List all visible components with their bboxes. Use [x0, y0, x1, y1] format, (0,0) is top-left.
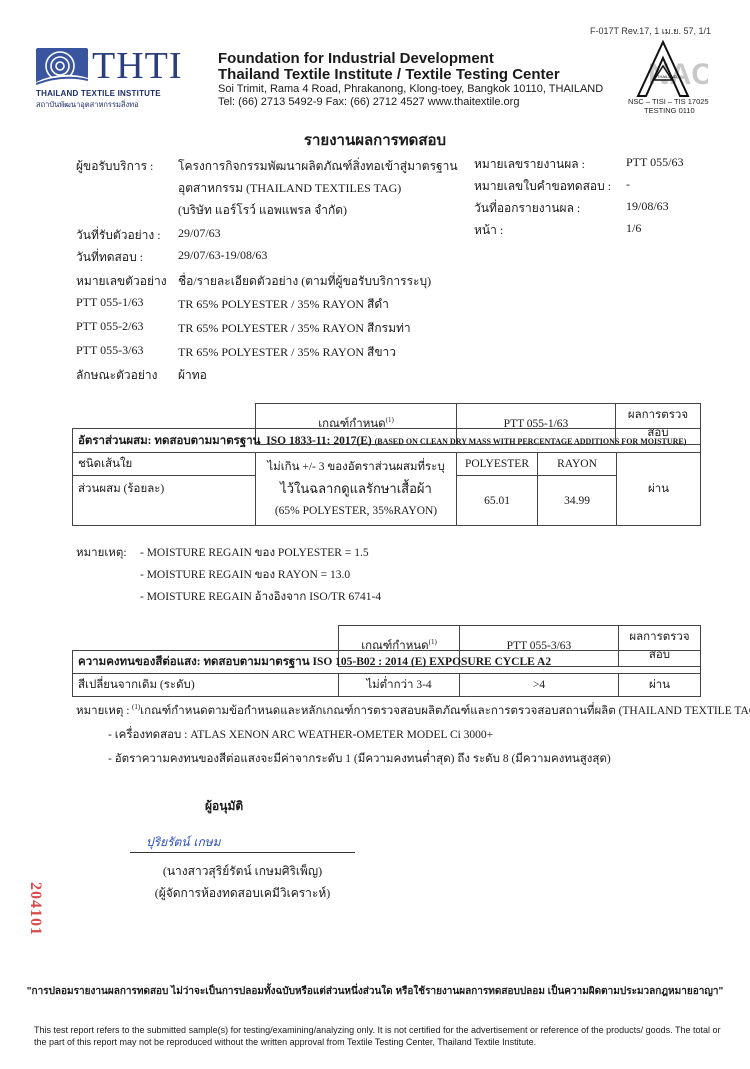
header-institute: Thailand Textile Institute / Textile Tes… [218, 66, 560, 83]
approver-position: (ผู้จัดการห้องทดสอบเคมีวิเคราะห์) [0, 884, 485, 903]
fiber-polyester: POLYESTER [457, 453, 538, 476]
accreditation-badge-text: THAILAND [657, 74, 677, 79]
sample-type-value: ผ้าทอ [178, 366, 207, 385]
page-value: 1/6 [626, 221, 641, 236]
rayon-value: 34.99 [538, 476, 617, 526]
issue-date-value: 19/08/63 [626, 199, 669, 214]
client-line1: โครงการกิจกรรมพัฒนาผลิตภัณฑ์สิ่งทอเข้าสู… [178, 157, 458, 176]
notes2-label: หมายเหตุ : [76, 702, 129, 720]
signature-line [130, 852, 355, 853]
thti-logo: THTI THAILAND TEXTILE INSTITUTE สถาบันพั… [36, 48, 171, 104]
sample-id: PTT 055-1/63 [76, 295, 143, 310]
result-pass: ผ่าน [619, 674, 701, 697]
sample-type-label: ลักษณะตัวอย่าง [76, 366, 157, 385]
sample-id: PTT 055-3/63 [76, 343, 143, 358]
logo-name-en: THAILAND TEXTILE INSTITUTE [36, 89, 161, 98]
request-number-value: - [626, 177, 630, 192]
sample-value: >4 [460, 674, 619, 697]
client-label: ผู้ขอรับบริการ : [76, 157, 153, 176]
spiral-logo-icon [36, 48, 88, 86]
report-number-value: PTT 055/63 [626, 155, 683, 170]
client-line3: (บริษัท แอร์โรว์ แอพแพรล จำกัด) [178, 201, 347, 220]
sample-desc: TR 65% POLYESTER / 35% RAYON สีขาว [178, 343, 396, 362]
sample-desc: TR 65% POLYESTER / 35% RAYON สีดำ [178, 295, 389, 314]
form-code: F-017T Rev.17, 1 เม.ย. 57, 1/1 [590, 24, 711, 38]
fiber-type-label: ชนิดเส้นใย [73, 453, 256, 476]
accreditation-logo-icon: NAC THAILAND [618, 40, 708, 102]
tested-label: วันที่ทดสอบ : [76, 248, 143, 267]
header-address: Soi Trimit, Rama 4 Road, Phrakanong, Klo… [218, 83, 603, 95]
logo-name-th: สถาบันพัฒนาอุตสาหกรรมสิ่งทอ [36, 99, 139, 111]
serial-stamp: 204101 [26, 882, 44, 936]
sample-desc-header: ชื่อ/รายละเอียดตัวอย่าง (ตามที่ผู้ขอรับบ… [178, 272, 431, 291]
disclaimer-english: This test report refers to the submitted… [34, 1024, 734, 1048]
method-row: ความคงทนของสีต่อแสง: ทดสอบตามมาตรฐาน ISO… [73, 651, 701, 674]
note-item: - MOISTURE REGAIN อ้างอิงจาก ISO/TR 6741… [140, 588, 381, 606]
notes1-label: หมายเหตุ: [76, 544, 127, 562]
header-foundation: Foundation for Industrial Development [218, 50, 494, 67]
criteria-cell: ไม่เกิน +/- 3 ของอัตราส่วนผสมที่ระบุ ไว้… [256, 453, 457, 526]
accreditation-code: NSC – TISI – TIS 17025 [628, 97, 709, 106]
received-label: วันที่รับตัวอย่าง : [76, 226, 161, 245]
report-number-label: หมายเลขรายงานผล : [474, 155, 585, 174]
polyester-value: 65.01 [457, 476, 538, 526]
note-line: (1)เกณฑ์กำหนดตามข้อกำหนดและหลักเกณฑ์การต… [132, 702, 750, 720]
note-item: - MOISTURE REGAIN ของ RAYON = 13.0 [140, 566, 350, 584]
logo-acronym: THTI [92, 44, 183, 88]
approver-label: ผู้อนุมัติ [205, 797, 243, 816]
note-line: - เครื่องทดสอบ : ATLAS XENON ARC WEATHER… [108, 726, 493, 744]
result-pass: ผ่าน [617, 453, 701, 526]
report-title: รายงานผลการทดสอบ [0, 128, 750, 152]
received-value: 29/07/63 [178, 226, 221, 241]
composition-label: ส่วนผสม (ร้อยละ) [73, 476, 256, 526]
fiber-rayon: RAYON [538, 453, 617, 476]
lightfastness-table: ความคงทนของสีต่อแสง: ทดสอบตามมาตรฐาน ISO… [72, 650, 701, 697]
request-number-label: หมายเลขใบคำขอทดสอบ : [474, 177, 611, 196]
signature: ปุริยรัตน์ เกษม [146, 833, 221, 852]
sample-id-header: หมายเลขตัวอย่าง [76, 272, 167, 291]
page-label: หน้า : [474, 221, 503, 240]
accreditation-testing: TESTING 0110 [644, 106, 695, 115]
sample-desc: TR 65% POLYESTER / 35% RAYON สีกรมท่า [178, 319, 411, 338]
fiber-composition-table: อัตราส่วนผสม: ทดสอบตามมาตรฐาน ISO 1833-1… [72, 428, 701, 526]
disclaimer-thai: "การปลอมรายงานผลการทดสอบ ไม่ว่าจะเป็นการ… [0, 984, 750, 999]
issue-date-label: วันที่ออกรายงานผล : [474, 199, 580, 218]
header-contact: Tel: (66) 2713 5492-9 Fax: (66) 2712 452… [218, 96, 519, 108]
tested-value: 29/07/63-19/08/63 [178, 248, 267, 263]
method-row: อัตราส่วนผสม: ทดสอบตามมาตรฐาน ISO 1833-1… [73, 429, 701, 453]
criteria-cell: ไม่ต่ำกว่า 3-4 [339, 674, 460, 697]
color-change-label: สีเปลี่ยนจากเดิม (ระดับ) [73, 674, 339, 697]
note-line: - อัตราความคงทนของสีต่อแสงจะมีค่าจากระดั… [108, 750, 611, 768]
client-line2: อุตสาหกรรม (THAILAND TEXTILES TAG) [178, 179, 401, 198]
sample-id: PTT 055-2/63 [76, 319, 143, 334]
note-item: - MOISTURE REGAIN ของ POLYESTER = 1.5 [140, 544, 369, 562]
approver-name: (นางสาวสุริย์รัตน์ เกษมศิริเพ็ญ) [0, 862, 485, 881]
